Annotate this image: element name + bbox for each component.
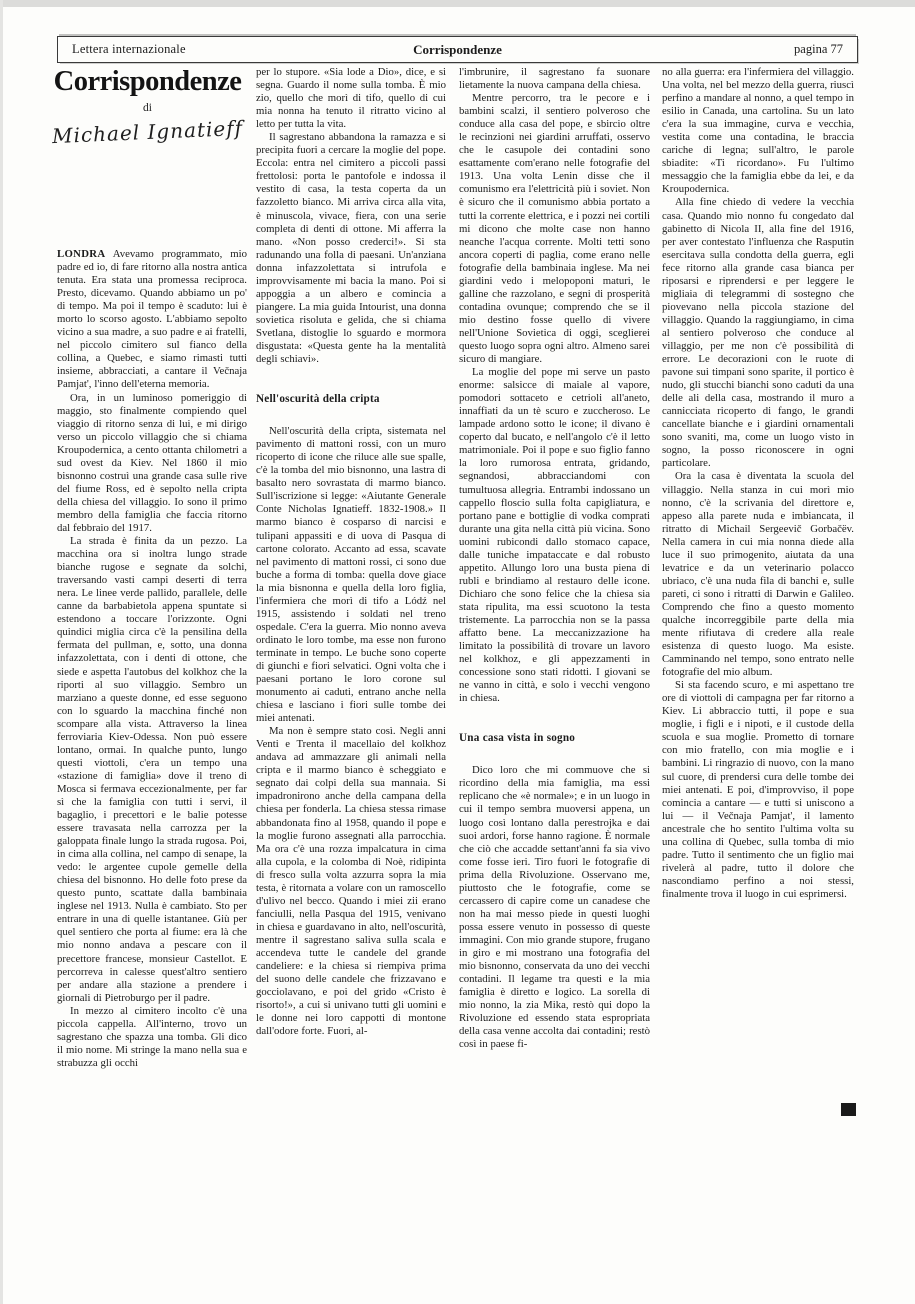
author-signature: Michael Ignatieff	[52, 116, 244, 148]
paragraph: La strada è finita da un pezzo. La macch…	[57, 535, 247, 1005]
paragraph: Il sagrestano abbandona la ramazza e si …	[256, 131, 446, 366]
article-title: Corrispondenze	[40, 66, 255, 98]
text-column-1: LONDRA Avevamo programmato, mio padre ed…	[57, 248, 247, 1296]
text-column-4: no alla guerra: era l'infermiera del vil…	[662, 66, 854, 1298]
paragraph: Mentre percorro, tra le pecore e i bambi…	[459, 92, 650, 366]
paragraph: In mezzo al cimitero incolto c'è una pic…	[57, 1005, 247, 1070]
dateline: LONDRA	[57, 248, 105, 260]
paragraph: per lo stupore. «Sia lode a Dio», dice, …	[256, 66, 446, 131]
paragraph: Nell'oscurità della cripta, sistemata ne…	[256, 425, 446, 725]
scan-edge-top	[0, 0, 915, 7]
text-column-3: l'imbrunire, il sagrestano fa suonare li…	[459, 66, 650, 1298]
paragraph: Ma non è sempre stato così. Negli anni V…	[256, 725, 446, 1038]
paragraph: l'imbrunire, il sagrestano fa suonare li…	[459, 66, 650, 92]
paragraph: no alla guerra: era l'infermiera del vil…	[662, 66, 854, 196]
article-end-mark	[841, 1103, 856, 1116]
paragraph: LONDRA Avevamo programmato, mio padre ed…	[57, 248, 247, 392]
paragraph: Dico loro che mi commuove che si ricordi…	[459, 764, 650, 1051]
title-block: Corrispondenze di Michael Ignatieff	[40, 66, 255, 144]
paragraph: Ora, in un luminoso pomeriggio di maggio…	[57, 392, 247, 536]
scan-edge-left	[0, 0, 3, 1304]
text-column-2: per lo stupore. «Sia lode a Dio», dice, …	[256, 66, 446, 1298]
section-heading: Una casa vista in sogno	[459, 732, 650, 745]
page-header: Lettera internazionale Corrispondenze pa…	[57, 36, 858, 63]
page-number: pagina 77	[794, 42, 843, 57]
byline-prefix: di	[40, 102, 255, 114]
paragraph: La moglie del pope mi serve un pasto eno…	[459, 366, 650, 705]
section-heading: Nell'oscurità della cripta	[256, 393, 446, 406]
paragraph: Ora la casa è diventata la scuola del vi…	[662, 470, 854, 679]
paragraph: Si sta facendo scuro, e mi aspettano tre…	[662, 679, 854, 901]
section-name: Corrispondenze	[58, 42, 857, 58]
paragraph: Alla fine chiedo di vedere la vecchia ca…	[662, 196, 854, 470]
